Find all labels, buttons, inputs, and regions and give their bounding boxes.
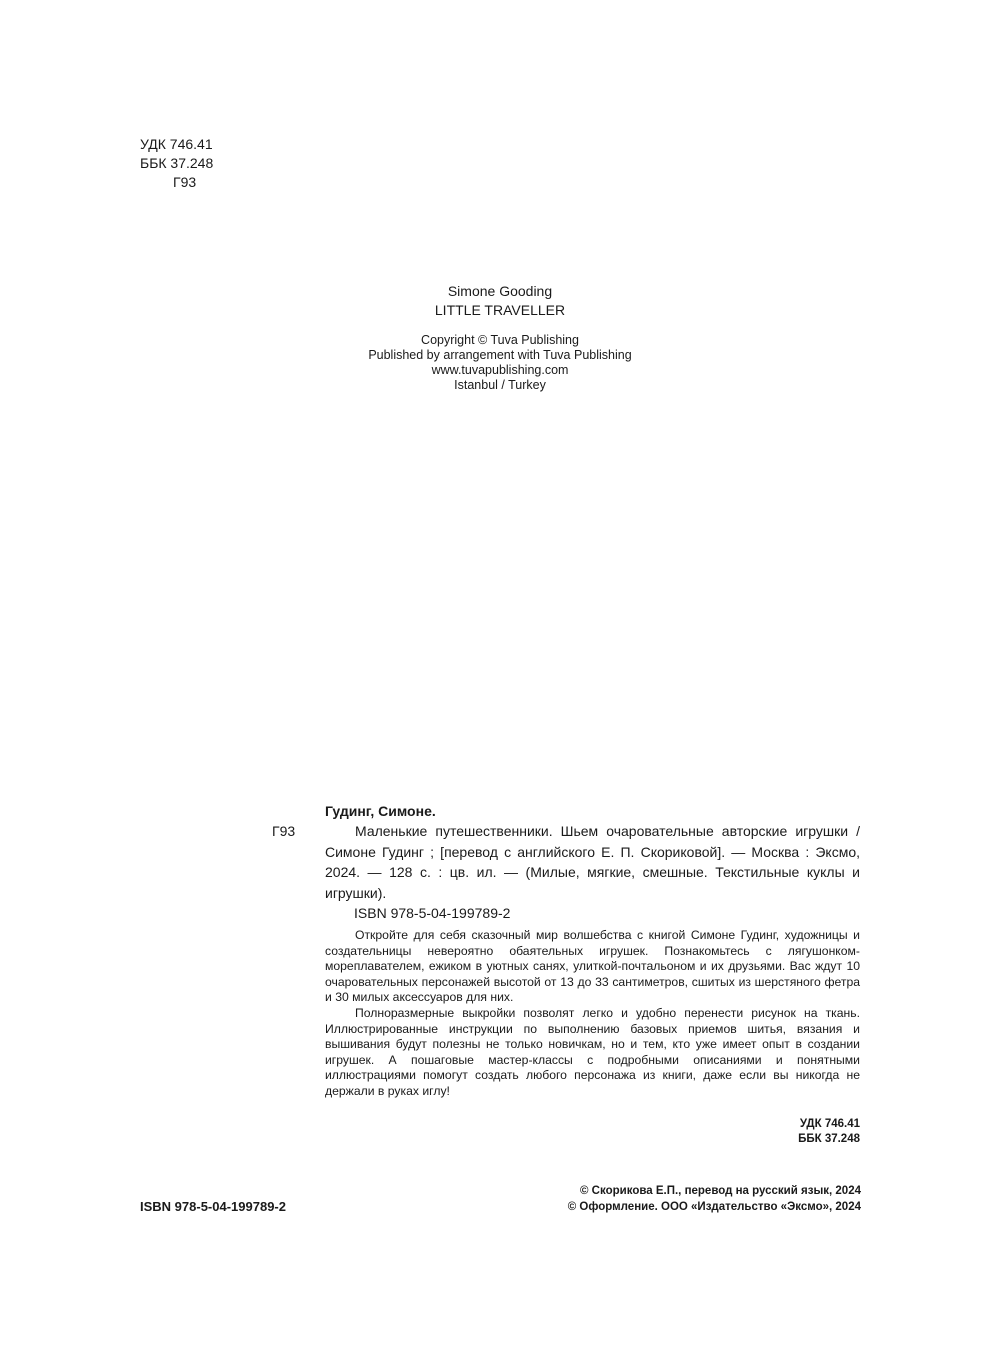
publisher-website: www.tuvapublishing.com (300, 363, 700, 378)
arrangement-line: Published by arrangement with Tuva Publi… (300, 348, 700, 363)
annotation-udk: УДК 746.41 (798, 1117, 860, 1132)
annotation-paragraph: Откройте для себя сказочный мир волшебст… (325, 928, 860, 1006)
design-copyright: © Оформление. ООО «Издательство «Эксмо»,… (568, 1200, 861, 1216)
bibliographic-author-code: Г93 (272, 821, 295, 841)
footer-copyrights: © Скорикова Е.П., перевод на русский язы… (568, 1184, 861, 1215)
foreign-copyright-block: Copyright © Tuva Publishing Published by… (300, 333, 700, 393)
udk-code: УДК 746.41 (140, 135, 213, 154)
translation-copyright: © Скорикова Е.П., перевод на русский язы… (568, 1184, 861, 1200)
publisher-location: Istanbul / Turkey (300, 378, 700, 393)
original-title-block: Simone Gooding LITTLE TRAVELLER (300, 282, 700, 320)
bbk-code: ББК 37.248 (140, 154, 213, 173)
annotation-bbk: ББК 37.248 (798, 1132, 860, 1147)
original-author: Simone Gooding (300, 282, 700, 301)
annotation-paragraph: Полноразмерные выкройки позволят легко и… (325, 1006, 860, 1100)
bibliographic-author-heading: Гудинг, Симоне. (325, 801, 436, 821)
footer-isbn: ISBN 978-5-04-199789-2 (140, 1199, 286, 1214)
annotation-classification: УДК 746.41 ББК 37.248 (798, 1117, 860, 1147)
author-mark: Г93 (140, 173, 213, 192)
bibliographic-isbn: ISBN 978-5-04-199789-2 (354, 903, 510, 923)
original-title: LITTLE TRAVELLER (300, 301, 700, 320)
annotation: Откройте для себя сказочный мир волшебст… (325, 928, 860, 1100)
copyright-line: Copyright © Tuva Publishing (300, 333, 700, 348)
bibliographic-description: Маленькие путешественники. Шьем очароват… (325, 821, 860, 903)
classification-block: УДК 746.41 ББК 37.248 Г93 (140, 135, 213, 192)
